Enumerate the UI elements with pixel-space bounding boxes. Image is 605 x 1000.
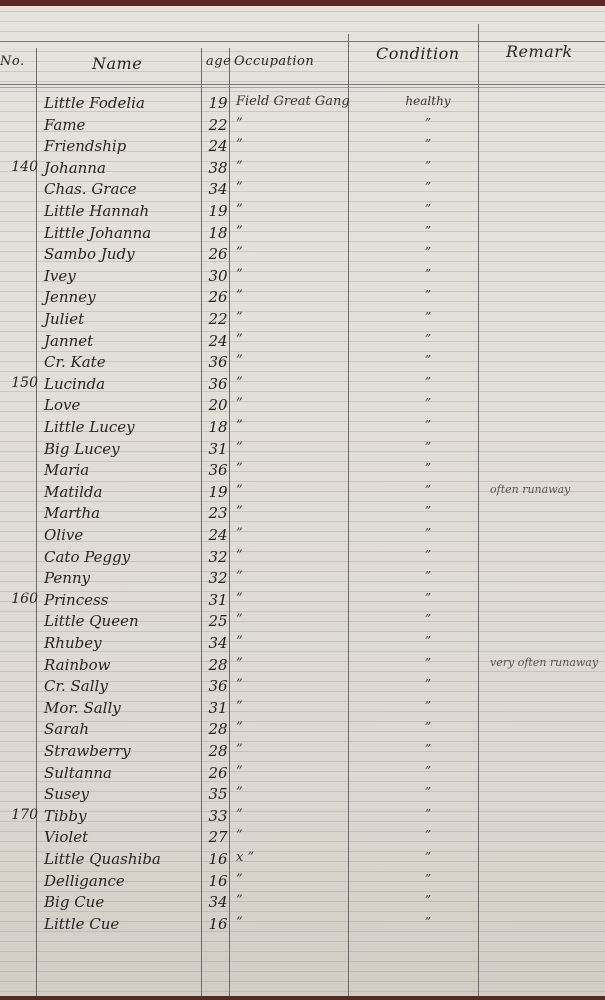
row-condition: ” xyxy=(380,353,476,367)
row-age: 33 xyxy=(204,807,232,825)
row-age: 36 xyxy=(204,677,232,695)
row-age: 26 xyxy=(204,764,232,782)
header-bottom-rule-2 xyxy=(0,87,605,88)
table-row: 150Lucinda36”” xyxy=(0,375,605,397)
row-name: Rainbow xyxy=(44,656,111,674)
table-row: Susey35”” xyxy=(0,785,605,807)
row-condition: ” xyxy=(380,526,476,540)
row-condition: ” xyxy=(380,375,476,389)
row-occupation: ” xyxy=(236,440,376,455)
row-name: Matilda xyxy=(44,483,102,501)
row-occupation: ” xyxy=(236,288,376,303)
table-row: Mor. Sally31”” xyxy=(0,699,605,721)
row-condition: healthy xyxy=(380,94,476,108)
table-row: 160Princess31”” xyxy=(0,591,605,613)
row-age: 32 xyxy=(204,548,232,566)
row-name: Big Lucey xyxy=(44,440,120,458)
row-age: 36 xyxy=(204,353,232,371)
row-condition: ” xyxy=(380,764,476,778)
row-age: 19 xyxy=(204,202,232,220)
row-occupation: ” xyxy=(236,720,376,735)
row-condition: ” xyxy=(380,677,476,691)
row-occupation: ” xyxy=(236,461,376,476)
table-row: Martha23”” xyxy=(0,504,605,526)
row-name: Cr. Kate xyxy=(44,353,106,371)
table-row: Matilda19””often runaway xyxy=(0,483,605,505)
row-occupation: ” xyxy=(236,526,376,541)
row-name: Little Quashiba xyxy=(44,850,161,868)
row-occupation: ” xyxy=(236,267,376,282)
row-occupation: ” xyxy=(236,202,376,217)
row-name: Juliet xyxy=(44,310,84,328)
table-row: Little Hannah19”” xyxy=(0,202,605,224)
row-name: Cato Peggy xyxy=(44,548,130,566)
row-age: 24 xyxy=(204,526,232,544)
row-occupation: ” xyxy=(236,396,376,411)
table-row: Fame22”” xyxy=(0,116,605,138)
row-condition: ” xyxy=(380,267,476,281)
row-age: 16 xyxy=(204,915,232,933)
row-condition: ” xyxy=(380,224,476,238)
row-condition: ” xyxy=(380,288,476,302)
row-name: Ivey xyxy=(44,267,76,285)
row-occupation: ” xyxy=(236,548,376,563)
row-occupation: ” xyxy=(236,353,376,368)
row-occupation: ” xyxy=(236,612,376,627)
row-name: Lucinda xyxy=(44,375,105,393)
table-row: Strawberry28”” xyxy=(0,742,605,764)
row-age: 38 xyxy=(204,159,232,177)
row-occupation: ” xyxy=(236,677,376,692)
row-age: 25 xyxy=(204,612,232,630)
row-name: Jannet xyxy=(44,332,93,350)
row-name: Little Queen xyxy=(44,612,139,630)
row-occupation: ” xyxy=(236,224,376,239)
row-occupation: ” xyxy=(236,245,376,260)
row-condition: ” xyxy=(380,548,476,562)
row-age: 28 xyxy=(204,656,232,674)
row-name: Maria xyxy=(44,461,89,479)
table-row: 170Tibby33”” xyxy=(0,807,605,829)
row-occupation: ” xyxy=(236,656,376,671)
row-number: 150 xyxy=(4,375,38,391)
row-age: 31 xyxy=(204,699,232,717)
table-row: Little Queen25”” xyxy=(0,612,605,634)
row-name: Big Cue xyxy=(44,893,104,911)
row-remark: very often runaway xyxy=(490,656,605,669)
row-occupation: ” xyxy=(236,504,376,519)
row-number: 160 xyxy=(4,591,38,607)
row-age: 30 xyxy=(204,267,232,285)
table-row: Little Lucey18”” xyxy=(0,418,605,440)
row-name: Mor. Sally xyxy=(44,699,121,717)
row-age: 20 xyxy=(204,396,232,414)
row-occupation: ” xyxy=(236,785,376,800)
row-condition: ” xyxy=(380,872,476,886)
table-row: Little Cue16”” xyxy=(0,915,605,937)
row-occupation: ” xyxy=(236,807,376,822)
row-condition: ” xyxy=(380,159,476,173)
row-occupation: ” xyxy=(236,699,376,714)
row-age: 36 xyxy=(204,375,232,393)
table-row: Rainbow28””very often runaway xyxy=(0,656,605,678)
row-condition: ” xyxy=(380,483,476,497)
row-number: 170 xyxy=(4,807,38,823)
table-row: Cr. Kate36”” xyxy=(0,353,605,375)
row-age: 31 xyxy=(204,591,232,609)
table-row: Ivey30”” xyxy=(0,267,605,289)
row-occupation: ” xyxy=(236,893,376,908)
row-name: Little Johanna xyxy=(44,224,151,242)
row-age: 23 xyxy=(204,504,232,522)
row-name: Little Cue xyxy=(44,915,119,933)
row-occupation: ” xyxy=(236,828,376,843)
row-condition: ” xyxy=(380,440,476,454)
row-name: Sambo Judy xyxy=(44,245,135,263)
row-condition: ” xyxy=(380,785,476,799)
row-occupation: ” xyxy=(236,634,376,649)
ledger-page: No. Name age Occupation Condition Remark… xyxy=(0,6,605,996)
row-condition: ” xyxy=(380,504,476,518)
row-age: 26 xyxy=(204,245,232,263)
row-name: Penny xyxy=(44,569,90,587)
table-row: Little Johanna18”” xyxy=(0,224,605,246)
row-age: 34 xyxy=(204,893,232,911)
row-occupation: ” xyxy=(236,137,376,152)
row-occupation: ” xyxy=(236,418,376,433)
table-row: Jenney26”” xyxy=(0,288,605,310)
row-occupation: ” xyxy=(236,483,376,498)
table-row: Delligance16”” xyxy=(0,872,605,894)
row-age: 22 xyxy=(204,310,232,328)
row-condition: ” xyxy=(380,116,476,130)
row-condition: ” xyxy=(380,699,476,713)
row-condition: ” xyxy=(380,461,476,475)
header-occupation: Occupation xyxy=(234,54,314,69)
row-name: Little Hannah xyxy=(44,202,149,220)
header-condition: Condition xyxy=(376,44,460,63)
row-name: Little Lucey xyxy=(44,418,135,436)
table-row: Maria36”” xyxy=(0,461,605,483)
row-name: Olive xyxy=(44,526,83,544)
row-name: Princess xyxy=(44,591,108,609)
row-condition: ” xyxy=(380,418,476,432)
row-name: Tibby xyxy=(44,807,86,825)
row-occupation: ” xyxy=(236,116,376,131)
row-name: Cr. Sally xyxy=(44,677,108,695)
row-name: Martha xyxy=(44,504,100,522)
table-row: Big Cue34”” xyxy=(0,893,605,915)
row-age: 19 xyxy=(204,483,232,501)
row-condition: ” xyxy=(380,591,476,605)
header-name: Name xyxy=(92,54,142,73)
row-occupation: ” xyxy=(236,375,376,390)
row-age: 28 xyxy=(204,742,232,760)
row-age: 22 xyxy=(204,116,232,134)
header-remark: Remark xyxy=(506,42,573,61)
row-name: Sarah xyxy=(44,720,89,738)
row-name: Susey xyxy=(44,785,89,803)
row-condition: ” xyxy=(380,742,476,756)
header-no: No. xyxy=(0,54,25,69)
row-name: Jenney xyxy=(44,288,96,306)
row-condition: ” xyxy=(380,180,476,194)
row-age: 27 xyxy=(204,828,232,846)
header-age: age xyxy=(206,54,231,69)
table-row: Olive24”” xyxy=(0,526,605,548)
row-occupation: ” xyxy=(236,569,376,584)
row-age: 31 xyxy=(204,440,232,458)
row-occupation: ” xyxy=(236,180,376,195)
row-age: 32 xyxy=(204,569,232,587)
table-row: Friendship24”” xyxy=(0,137,605,159)
row-condition: ” xyxy=(380,202,476,216)
table-row: Little Quashiba16x ”” xyxy=(0,850,605,872)
header-bottom-rule xyxy=(0,84,605,85)
row-name: Rhubey xyxy=(44,634,102,652)
table-row: Big Lucey31”” xyxy=(0,440,605,462)
row-condition: ” xyxy=(380,656,476,670)
row-occupation: Field Great Gang xyxy=(236,94,376,109)
row-age: 19 xyxy=(204,94,232,112)
table-row: Sultanna26”” xyxy=(0,764,605,786)
row-name: Johanna xyxy=(44,159,106,177)
row-occupation: x ” xyxy=(236,850,376,865)
row-condition: ” xyxy=(380,893,476,907)
row-name: Chas. Grace xyxy=(44,180,137,198)
row-age: 26 xyxy=(204,288,232,306)
row-condition: ” xyxy=(380,245,476,259)
row-condition: ” xyxy=(380,850,476,864)
row-condition: ” xyxy=(380,137,476,151)
table-row: Sarah28”” xyxy=(0,720,605,742)
row-condition: ” xyxy=(380,720,476,734)
row-condition: ” xyxy=(380,612,476,626)
row-name: Strawberry xyxy=(44,742,131,760)
row-occupation: ” xyxy=(236,764,376,779)
row-age: 28 xyxy=(204,720,232,738)
table-row: Penny32”” xyxy=(0,569,605,591)
table-row: Cato Peggy32”” xyxy=(0,548,605,570)
table-row: Cr. Sally36”” xyxy=(0,677,605,699)
table-row: Juliet22”” xyxy=(0,310,605,332)
row-age: 16 xyxy=(204,850,232,868)
row-number: 140 xyxy=(4,159,38,175)
table-row: Rhubey34”” xyxy=(0,634,605,656)
row-occupation: ” xyxy=(236,159,376,174)
row-age: 35 xyxy=(204,785,232,803)
row-name: Little Fodelia xyxy=(44,94,145,112)
row-name: Friendship xyxy=(44,137,126,155)
row-name: Delligance xyxy=(44,872,125,890)
row-name: Sultanna xyxy=(44,764,112,782)
table-row: Violet27”” xyxy=(0,828,605,850)
row-remark: often runaway xyxy=(490,483,605,496)
row-occupation: ” xyxy=(236,742,376,757)
table-row: Love20”” xyxy=(0,396,605,418)
row-condition: ” xyxy=(380,915,476,929)
row-name: Fame xyxy=(44,116,85,134)
row-age: 36 xyxy=(204,461,232,479)
row-occupation: ” xyxy=(236,915,376,930)
row-condition: ” xyxy=(380,828,476,842)
row-condition: ” xyxy=(380,569,476,583)
row-condition: ” xyxy=(380,332,476,346)
row-age: 18 xyxy=(204,418,232,436)
row-age: 34 xyxy=(204,180,232,198)
row-age: 18 xyxy=(204,224,232,242)
row-occupation: ” xyxy=(236,872,376,887)
row-age: 24 xyxy=(204,332,232,350)
row-age: 16 xyxy=(204,872,232,890)
row-name: Violet xyxy=(44,828,88,846)
row-name: Love xyxy=(44,396,80,414)
table-row: Jannet24”” xyxy=(0,332,605,354)
table-row: Chas. Grace34”” xyxy=(0,180,605,202)
row-condition: ” xyxy=(380,807,476,821)
row-occupation: ” xyxy=(236,310,376,325)
row-occupation: ” xyxy=(236,332,376,347)
row-age: 34 xyxy=(204,634,232,652)
row-condition: ” xyxy=(380,396,476,410)
row-age: 24 xyxy=(204,137,232,155)
row-condition: ” xyxy=(380,634,476,648)
row-occupation: ” xyxy=(236,591,376,606)
table-row: Little Fodelia19Field Great Ganghealthy xyxy=(0,94,605,116)
table-row: Sambo Judy26”” xyxy=(0,245,605,267)
table-row: 140Johanna38”” xyxy=(0,159,605,181)
row-condition: ” xyxy=(380,310,476,324)
